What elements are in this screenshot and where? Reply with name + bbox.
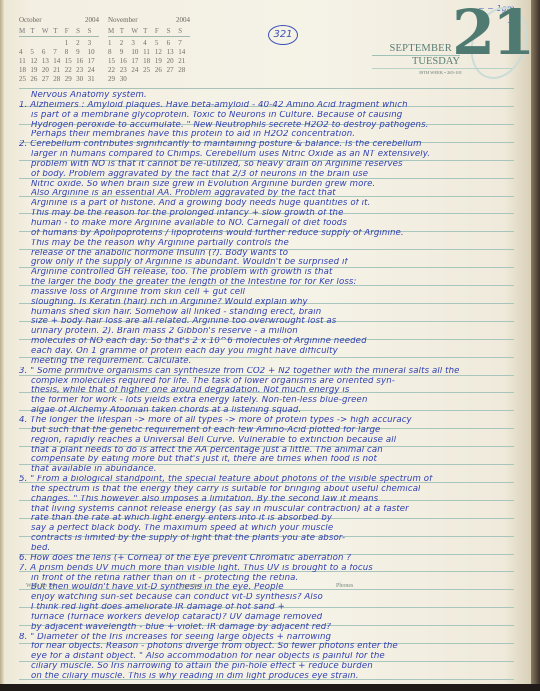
handwritten-line: 8. " Diameter of the Iris increases for … [19, 633, 519, 642]
calendar-day: 10 [131, 48, 143, 56]
calendar-weekday-row: M T W T F S S [108, 27, 190, 37]
handwritten-line: that available in abundance. [31, 465, 531, 474]
weekday-label: T [30, 27, 41, 35]
calendar-day: 17 [131, 57, 143, 65]
handwritten-line: of humans by Apolipoproteins / lipoprote… [31, 229, 531, 238]
date-weekday: TUESDAY [372, 56, 460, 67]
calendar-day: 12 [155, 48, 167, 56]
handwritten-line: massive loss of Arginine from skin cell … [31, 288, 531, 297]
calendar-day: 12 [30, 57, 41, 65]
weekday-label: F [155, 27, 167, 35]
page-left-edge [0, 0, 4, 684]
calendar-day: 22 [108, 66, 120, 74]
handwritten-line: meeting the requirement. Calculate. [31, 357, 531, 366]
handwritten-line: region, rapidly reaches a Universal Bell… [31, 436, 531, 445]
handwritten-line: furnace (furnace workers develop catarac… [31, 613, 531, 622]
handwritten-line: urinary protein. 2). Brain mass 2 Gibbon… [31, 327, 531, 336]
weekday-label: F [65, 27, 76, 35]
calendar-year-label: 2004 [85, 16, 99, 24]
calendar-weekday-row: M T W T F S S [19, 27, 99, 37]
handwritten-line: but such that the genetic requirement of… [31, 426, 531, 435]
weekday-label: S [167, 27, 179, 35]
handwritten-line: 7. A prism bends UV much more than visib… [19, 564, 519, 573]
calendar-day: 29 [108, 75, 120, 83]
calendar-day: 16 [76, 57, 87, 65]
calendar-day: 13 [42, 57, 53, 65]
weekday-label: M [108, 27, 120, 35]
handwritten-line: the larger the body the greater the leng… [31, 278, 531, 287]
handwritten-line: changes. " This however also imposes a l… [31, 495, 531, 504]
calendar-day: 14 [178, 48, 190, 56]
handwritten-line: Arginine is a part of histone. And a gro… [31, 199, 531, 208]
handwritten-line: rate than the rate at which light energy… [31, 514, 531, 523]
date-week-info: 39TH WEEK • 265-101 [372, 70, 462, 75]
calendar-day: 21 [53, 66, 64, 74]
handwritten-line: enjoy watching sun-set because can condu… [31, 593, 531, 602]
calendar-day: 10 [88, 48, 99, 56]
handwritten-line: sloughing. Is Keratin (hair) rich in Arg… [31, 298, 531, 307]
calendar-day: 31 [88, 75, 99, 83]
calendar-day: 11 [143, 48, 155, 56]
handwritten-line: Hydrogen peroxide to accumulate. " New N… [31, 121, 531, 130]
handwritten-line: I think red light does ameliorate IR dam… [31, 603, 531, 612]
weekday-label: S [76, 27, 87, 35]
calendar-day: 20 [42, 66, 53, 74]
calendar-day: 7 [53, 48, 64, 56]
handwritten-line: 6. How does the lens (+ Cornea) of the E… [19, 554, 519, 563]
calendar-day: 3 [88, 39, 99, 47]
calendar-day: 27 [167, 66, 179, 74]
calendar-day: 7 [178, 39, 190, 47]
handwritten-line: human - to make more Arginine available … [31, 219, 531, 228]
handwritten-line: the spectrum is that the energy they car… [31, 485, 531, 494]
handwritten-line: is part of a membrane glycoprotein. Toxi… [31, 111, 531, 120]
calendar-day: 8 [108, 48, 120, 56]
calendar-day: 24 [131, 66, 143, 74]
calendar-day: 24 [88, 66, 99, 74]
handwritten-line: 4. The longer the lifespan -> more of al… [19, 416, 519, 425]
calendar-day: 9 [76, 48, 87, 56]
handwritten-line: compensate by eating more but that's jus… [31, 455, 531, 464]
handwritten-line: say a perfect black body. The maximum sp… [31, 524, 531, 533]
diary-page: October 2004 M T W T F S S 1234567891011… [0, 0, 531, 684]
calendar-day: 14 [53, 57, 64, 65]
calendar-day: 11 [19, 57, 30, 65]
calendar-day: 25 [19, 75, 30, 83]
handwritten-line: complex molecules required for life. The… [31, 377, 531, 386]
calendar-day: 1 [65, 39, 76, 47]
calendar-day: 8 [65, 48, 76, 56]
handwritten-line: in front of the retina rather than on it… [31, 574, 531, 583]
handwritten-line: 2. Cerebellum contributes significantly … [19, 140, 519, 149]
handwritten-line: the former for work - lots yields extra … [31, 396, 531, 405]
calendar-day: 15 [108, 57, 120, 65]
handwritten-line: release of the anabolic hormone Insulin … [31, 249, 531, 258]
calendar-day [53, 39, 64, 47]
calendar-day: 23 [76, 66, 87, 74]
handwritten-line: thesis, while that of higher one around … [31, 386, 531, 395]
calendar-day: 4 [19, 48, 30, 56]
weekday-label: W [131, 27, 143, 35]
handwritten-line: But then wouldn't have vit-D synthesis i… [31, 583, 531, 592]
handwritten-line: that living systems cannot release energ… [31, 505, 531, 514]
calendar-day: 9 [120, 48, 132, 56]
calendar-day: 19 [30, 66, 41, 74]
handwritten-line: This may be the reason why Arginine part… [31, 239, 531, 248]
calendar-year-label: 2004 [176, 16, 190, 24]
handwritten-line: 1. Alzheimers : Amyloid plaques. Have be… [19, 101, 519, 110]
calendar-day: 18 [143, 57, 155, 65]
calendar-day: 26 [30, 75, 41, 83]
handwritten-line: by adjacent wavelength - blue + violet. … [31, 623, 531, 632]
calendar-day: 6 [167, 39, 179, 47]
weekday-label: S [88, 27, 99, 35]
handwritten-line: Nervous Anatomy system. [31, 91, 531, 100]
calendar-day: 29 [65, 75, 76, 83]
calendar-header: October 2004 [19, 16, 99, 24]
calendar-day: 16 [120, 57, 132, 65]
weekday-label: T [53, 27, 64, 35]
calendar-day: 5 [155, 39, 167, 47]
mini-calendar-november: November 2004 M T W T F S S 123456789101… [108, 16, 190, 83]
calendar-day: 27 [42, 75, 53, 83]
calendar-day [178, 75, 190, 83]
handwritten-line: size + body hair loss are all related. A… [31, 317, 531, 326]
calendar-day [143, 75, 155, 83]
calendar-day: 5 [30, 48, 41, 56]
handwritten-line: each day. On 1 gramme of protein each da… [31, 347, 531, 356]
calendar-day: 18 [19, 66, 30, 74]
handwritten-line: 5. " From a biological standpoint, the s… [19, 475, 519, 484]
calendar-day: 23 [120, 66, 132, 74]
handwritten-line: for near objects. Reason - photons diver… [31, 642, 531, 651]
label-phones: Phones [336, 583, 353, 589]
handwritten-line: contracts is limited by the supply of li… [31, 534, 531, 543]
calendar-day [155, 75, 167, 83]
handwritten-line: Perhaps their membranes have this protei… [31, 130, 531, 139]
label-important: Important [179, 583, 203, 589]
handwritten-line: bed. [31, 544, 531, 553]
calendar-day: 4 [143, 39, 155, 47]
calendar-day: 26 [155, 66, 167, 74]
handwritten-line: problem with NO is that it cannot be re-… [31, 160, 531, 169]
calendar-day [131, 75, 143, 83]
calendar-month-label: October [19, 16, 42, 24]
weekday-label: M [19, 27, 30, 35]
handwritten-line: algae of Alchemy Afoonian taken chords a… [31, 406, 531, 415]
handwritten-line: ciliary muscle. So Iris narrowing to att… [31, 662, 531, 671]
calendar-day: 28 [178, 66, 190, 74]
weekday-label: T [120, 27, 132, 35]
handwritten-line: molecules of NO each day. So that's 2 x … [31, 337, 531, 346]
calendar-day: 2 [120, 39, 132, 47]
calendar-day: 13 [167, 48, 179, 56]
date-day-number: 21 [452, 2, 531, 64]
weekday-label: W [42, 27, 53, 35]
calendar-day-grid: 1234567891011121314151617181920212223242… [19, 39, 99, 83]
handwritten-line: This may be the reason for the prolonged… [31, 209, 531, 218]
calendar-day: 20 [167, 57, 179, 65]
calendar-day: 28 [53, 75, 64, 83]
weekday-label: T [143, 27, 155, 35]
handwritten-line: eye for a distant object. " Also accommo… [31, 652, 531, 661]
calendar-day: 30 [76, 75, 87, 83]
calendar-day: 6 [42, 48, 53, 56]
calendar-day: 17 [88, 57, 99, 65]
calendar-day: 30 [120, 75, 132, 83]
handwritten-line: grow only if the supply of Arginine is a… [31, 258, 531, 267]
calendar-month-label: November [108, 16, 138, 24]
handwritten-line: that a plant needs to do is affect the A… [31, 446, 531, 455]
calendar-day [19, 39, 30, 47]
calendar-day [167, 75, 179, 83]
calendar-day: 21 [178, 57, 190, 65]
handwritten-line: 3. " Some primitive organisms can synthe… [19, 367, 519, 376]
mini-calendar-october: October 2004 M T W T F S S 1234567891011… [19, 16, 99, 83]
notebook-bottom-edge [0, 684, 540, 691]
handwritten-line: Arginine controlled GH release, too. The… [31, 268, 531, 277]
calendar-day: 15 [65, 57, 76, 65]
calendar-day: 3 [131, 39, 143, 47]
calendar-day: 22 [65, 66, 76, 74]
calendar-day: 2 [76, 39, 87, 47]
handwritten-line: larger in humans compared to Chimps. Cer… [31, 150, 531, 159]
date-heading: SEPTEMBER TUESDAY 39TH WEEK • 265-101 21 [372, 0, 522, 82]
calendar-day: 25 [143, 66, 155, 74]
handwritten-line: humans shed skin hair. Somehow all linke… [31, 308, 531, 317]
handwritten-line: Nitric oxide. So when brain size grew in… [31, 180, 531, 189]
notebook-spine-edge [531, 0, 540, 691]
calendar-header: November 2004 [108, 16, 190, 24]
handwritten-line: on the ciliary muscle. This is why readi… [31, 672, 531, 681]
handwritten-line: Also Arginine is an essential AA. Proble… [31, 189, 531, 198]
calendar-day [42, 39, 53, 47]
label-work-to-do: Work To Do [26, 583, 56, 589]
header-divider [19, 88, 514, 89]
calendar-day-grid: 1234567891011121314151617181920212223242… [108, 39, 190, 83]
date-month: SEPTEMBER [372, 43, 452, 54]
handwritten-line: of body. Problem aggravated by the fact … [31, 170, 531, 179]
calendar-day: 19 [155, 57, 167, 65]
weekday-label: S [178, 27, 190, 35]
page-number-circled: 321 [268, 25, 298, 45]
calendar-day: 1 [108, 39, 120, 47]
calendar-day [30, 39, 41, 47]
